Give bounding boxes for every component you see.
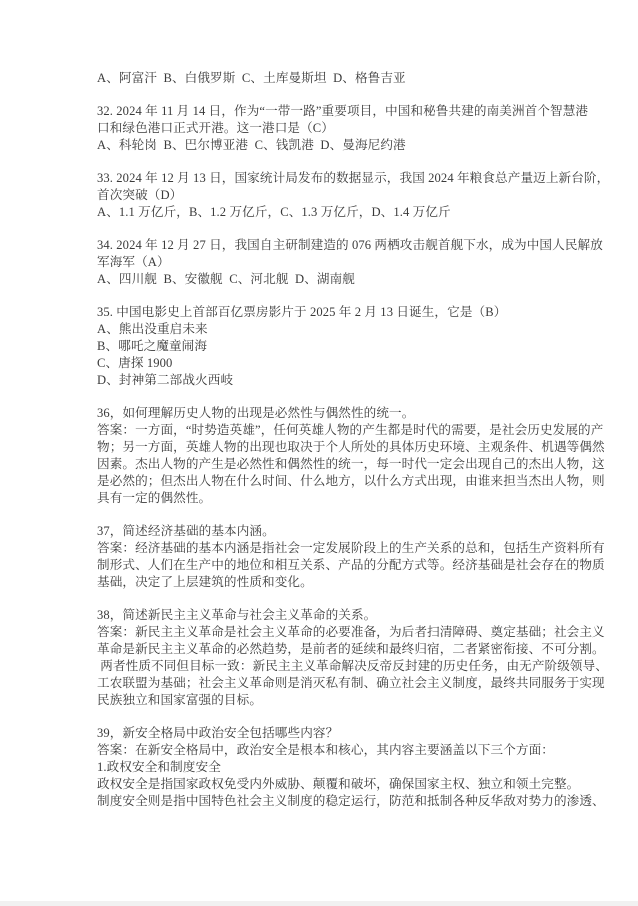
q31-options: A、阿富汗 B、白俄罗斯 C、土库曼斯坦 D、格鲁吉亚: [97, 70, 547, 87]
text-line: A、四川舰 B、安徽舰 C、河北舰 D、湖南舰: [97, 271, 547, 288]
text-line: 35. 中国电影史上首部百亿票房影片于 2025 年 2 月 13 日诞生，它是…: [97, 304, 547, 321]
page-bottom-edge: [0, 901, 638, 906]
text-line: 军海军（A）: [97, 254, 547, 271]
text-line: 是必然的；但杰出人物在什么时间、什么地方，以什么方式出现，由谁来担当杰出人物，则: [97, 473, 547, 490]
text-line: A、科轮岗 B、巴尔博亚港 C、钱凯港 D、曼海尼约港: [97, 137, 547, 154]
q39: 39，新安全格局中政治安全包括哪些内容？答案：在新安全格局中，政治安全是根本和核…: [97, 725, 547, 810]
q32: 32. 2024 年 11 月 14 日，作为“一带一路”重要项目，中国和秘鲁共…: [97, 103, 547, 154]
text-line: 口和绿色港口正式开港。这一港口是（C）: [97, 120, 547, 137]
text-line: 基础，决定了上层建筑的性质和变化。: [97, 574, 547, 591]
text-line: C、唐探 1900: [97, 355, 547, 372]
text-line: 37，简述经济基础的基本内涵。: [97, 523, 547, 540]
text-line: 33. 2024 年 12 月 13 日，国家统计局发布的数据显示，我国 202…: [97, 170, 547, 187]
text-line: 38，简述新民主主义革命与社会主义革命的关系。: [97, 607, 547, 624]
text-line: 答案：一方面，“时势造英雄”，任何英雄人物的产生都是时代的需要，是社会历史发展的…: [97, 422, 547, 439]
document-page: A、阿富汗 B、白俄罗斯 C、土库曼斯坦 D、格鲁吉亚32. 2024 年 11…: [0, 0, 638, 901]
text-line: 两者性质不同但目标一致：新民主主义革命解决反帝反封建的历史任务，由无产阶级领导、: [97, 658, 547, 675]
text-line: 1.政权安全和制度安全: [97, 759, 547, 776]
text-line: 答案：新民主主义革命是社会主义革命的必要准备，为后者扫清障碍、奠定基础；社会主义: [97, 624, 547, 641]
q37: 37，简述经济基础的基本内涵。答案：经济基础的基本内涵是指社会一定发展阶段上的生…: [97, 523, 547, 591]
text-line: 34. 2024 年 12 月 27 日，我国自主研制建造的 076 两栖攻击舰…: [97, 237, 547, 254]
q34: 34. 2024 年 12 月 27 日，我国自主研制建造的 076 两栖攻击舰…: [97, 237, 547, 288]
text-line: 因素。杰出人物的产生是必然性和偶然性的统一，每一时代一定会出现自己的杰出人物，这: [97, 456, 547, 473]
q33: 33. 2024 年 12 月 13 日，国家统计局发布的数据显示，我国 202…: [97, 170, 547, 221]
text-line: 首次突破（D）: [97, 187, 547, 204]
text-line: 答案：经济基础的基本内涵是指社会一定发展阶段上的生产关系的总和，包括生产资料所有: [97, 540, 547, 557]
text-line: 32. 2024 年 11 月 14 日，作为“一带一路”重要项目，中国和秘鲁共…: [97, 103, 547, 120]
text-line: 物；另一方面，英雄人物的出现也取决于个人所处的具体历史环境、主观条件、机遇等偶然: [97, 439, 547, 456]
text-line: A、熊出没重启未来: [97, 321, 547, 338]
text-line: 政权安全是指国家政权免受内外威胁、颠覆和破坏，确保国家主权、独立和领土完整。: [97, 776, 547, 793]
q35: 35. 中国电影史上首部百亿票房影片于 2025 年 2 月 13 日诞生，它是…: [97, 304, 547, 389]
text-line: 工农联盟为基础；社会主义革命则是消灭私有制、确立社会主义制度，最终共同服务于实现: [97, 675, 547, 692]
text-line: 制度安全则是指中国特色社会主义制度的稳定运行，防范和抵制各种反华敌对势力的渗透、: [97, 793, 547, 810]
text-line: 39，新安全格局中政治安全包括哪些内容？: [97, 725, 547, 742]
text-line: 制形式、人们在生产中的地位和相互关系、产品的分配方式等。经济基础是社会存在的物质: [97, 557, 547, 574]
text-line: A、阿富汗 B、白俄罗斯 C、土库曼斯坦 D、格鲁吉亚: [97, 70, 547, 87]
text-line: 具有一定的偶然性。: [97, 490, 547, 507]
document-content: A、阿富汗 B、白俄罗斯 C、土库曼斯坦 D、格鲁吉亚32. 2024 年 11…: [97, 70, 547, 826]
text-line: 民族独立和国家富强的目标。: [97, 692, 547, 709]
text-line: 36，如何理解历史人物的出现是必然性与偶然性的统一。: [97, 405, 547, 422]
text-line: D、封神第二部战火西岐: [97, 372, 547, 389]
text-line: B、哪吒之魔童闹海: [97, 338, 547, 355]
q36: 36，如何理解历史人物的出现是必然性与偶然性的统一。答案：一方面，“时势造英雄”…: [97, 405, 547, 507]
text-line: 革命是新民主主义革命的必然趋势，是前者的延续和最终归宿，二者紧密衔接、不可分割。: [97, 641, 547, 658]
text-line: A、1.1 万亿斤，B、1.2 万亿斤，C、1.3 万亿斤，D、1.4 万亿斤: [97, 204, 547, 221]
text-line: 答案：在新安全格局中，政治安全是根本和核心，其内容主要涵盖以下三个方面：: [97, 742, 547, 759]
q38: 38，简述新民主主义革命与社会主义革命的关系。答案：新民主主义革命是社会主义革命…: [97, 607, 547, 709]
